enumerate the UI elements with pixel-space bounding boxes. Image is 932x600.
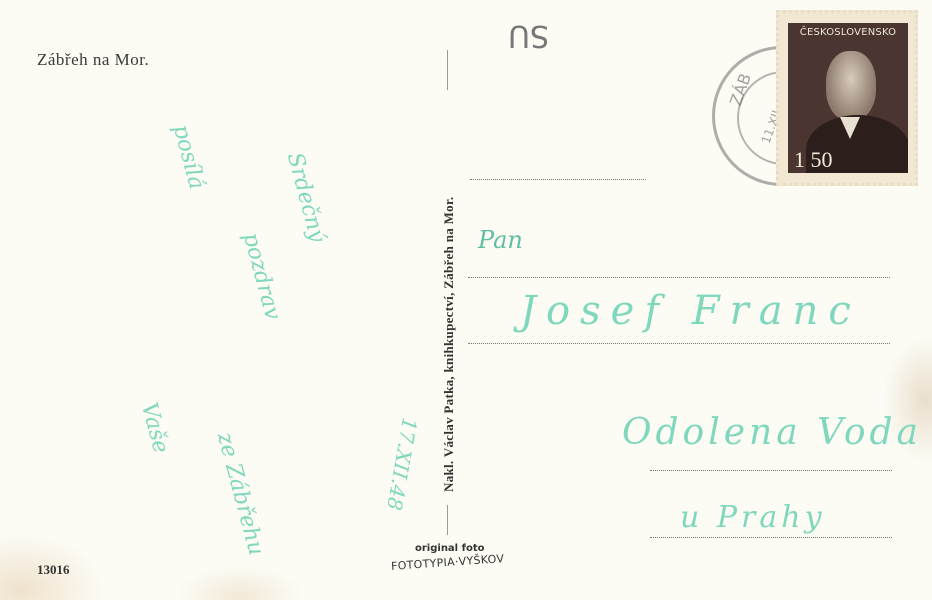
address-line-1 (470, 179, 646, 180)
address-region: u Prahy (680, 500, 826, 535)
message-line-4: posílá (168, 122, 209, 192)
message-date: 17.XII.48 (382, 416, 422, 512)
address-name: Josef Franc (520, 288, 861, 334)
postage-stamp: ČESKOSLOVENSKO 1 50 (776, 10, 918, 186)
message-line-2: pozdrav (238, 230, 285, 323)
message-line-3: ze Zábřehu (212, 430, 269, 558)
stamp-value: 1 50 (794, 147, 833, 173)
place-title: Zábřeh na Mor. (37, 50, 149, 70)
address-salutation: Pan (478, 226, 523, 254)
publisher-imprint: Nakl. Václav Patka, knihkupectví, Zábřeh… (441, 92, 457, 492)
message-line-1: Srdečný (282, 150, 330, 245)
photo-credit-company: FOTOTYPIA·VYŠKOV (391, 552, 505, 573)
divider-line-bottom (447, 505, 448, 535)
address-line-3 (468, 343, 890, 344)
address-line-5 (650, 537, 892, 538)
address-line-2 (468, 277, 890, 278)
postcard-back: Zábřeh na Mor. 13016 Nakl. Václav Patka,… (0, 0, 932, 600)
address-line-4 (650, 470, 892, 471)
divider-line-top (447, 50, 448, 90)
address-town: Odolena Voda (622, 412, 922, 453)
serial-number: 13016 (37, 562, 70, 578)
pencil-mark: SU (508, 18, 549, 53)
portrait-icon (826, 51, 876, 121)
photo-credit-label: original foto (415, 543, 484, 554)
message-line-5: Vaše (136, 400, 173, 456)
stamp-country: ČESKOSLOVENSKO (788, 27, 908, 38)
